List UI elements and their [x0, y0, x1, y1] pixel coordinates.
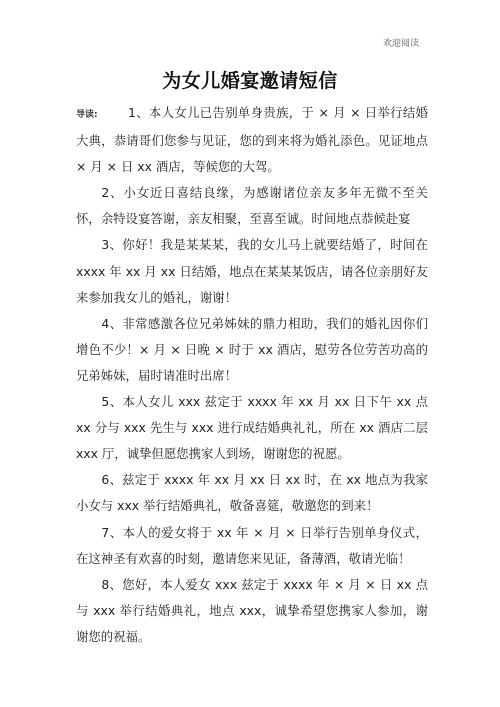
paragraph-5: 5、本人女儿 xxx 兹定于 xxxx 年 xx 月 xx 日下午 xx 点 x…: [76, 389, 428, 467]
document-title: 为女儿婚宴邀请短信: [0, 66, 500, 93]
paragraph-1-text: 1、本人女儿已告别单身贵族，于 × 月 × 日举行结婚大典，恭请哥们您参与见证，…: [76, 105, 428, 174]
document-body: 导读:1、本人女儿已告别单身贵族，于 × 月 × 日举行结婚大典，恭请哥们您参与…: [76, 100, 428, 650]
paragraph-8: 8、您好，本人爱女 xxx 兹定于 xxxx 年 × 月 × 日 xx 点与 x…: [76, 572, 428, 650]
paragraph-2: 2、小女近日喜结良缘，为感谢诸位亲友多年无微不至关怀，余特设宴答谢，亲友相聚，至…: [76, 180, 428, 232]
paragraph-4: 4、非常感激各位兄弟姊妹的鼎力相助，我们的婚礼因你们增色不少！× 月 × 日晚 …: [76, 311, 428, 389]
paragraph-3: 3、你好！我是某某某，我的女儿马上就要结婚了，时间在 xxxx 年 xx 月 x…: [76, 232, 428, 310]
header-note: 欢迎阅读: [383, 36, 419, 49]
document-page: 欢迎阅读 为女儿婚宴邀请短信 导读:1、本人女儿已告别单身贵族，于 × 月 × …: [0, 0, 500, 707]
paragraph-7: 7、本人的爱女将于 xx 年 × 月 × 日举行告别单身仪式，在这神圣有欢喜的时…: [76, 520, 428, 572]
paragraph-1: 导读:1、本人女儿已告别单身贵族，于 × 月 × 日举行结婚大典，恭请哥们您参与…: [76, 100, 428, 180]
lead-label: 导读:: [76, 102, 128, 128]
paragraph-6: 6、兹定于 xxxx 年 xx 月 xx 日 xx 时，在 xx 地点为我家小女…: [76, 467, 428, 519]
